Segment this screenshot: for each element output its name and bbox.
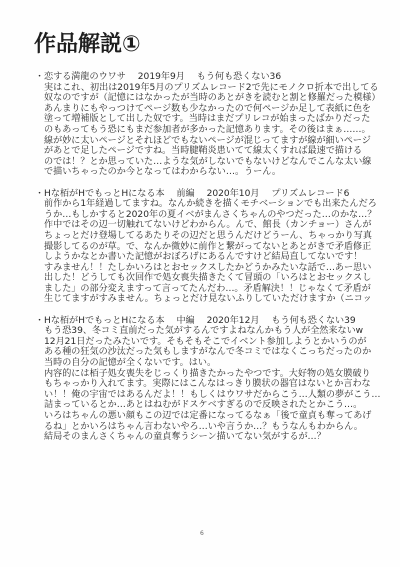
work-title: Hな栢がHでもっとHになる本 [44, 189, 165, 199]
event-name: プリズムレコード6 [271, 189, 349, 199]
commentary-line: いろはちゃんの悪い顔もこの辺では定番になってるなぁ「後で童貞も奪ってあげ [35, 411, 380, 422]
commentary-line: 出した！どうしても次回作で処女喪失描きたくて冒頭の「いろはとおセックスし [35, 273, 380, 284]
afterword-page: 作品解説① ・ 恋する満龍のウワサ 2019年9月 もう何も恐くない36 実はこ… [0, 0, 400, 567]
work-entry-header: ・ Hな栢がHでもっとHになる本 中編 2020年12月 もう何も恐くない39 [35, 316, 380, 327]
commentary-line: 生じてますがすみません。ちょっとだけ見ないふりしていただけますか（ニコッ [35, 294, 380, 305]
event-name: もう何も恐くない36 [197, 72, 281, 82]
release-date: 2020年12月 [207, 316, 260, 326]
commentary-line: のでは！？とか思っていた…ような気がしないでもないけどなんでこんな太い線 [35, 157, 380, 168]
work-title: 恋する満龍のウワサ [44, 72, 126, 82]
commentary-line: 奴なのですが（記憶にはなかったが当時のあとがきを読むと割と修羅だった模様） [35, 93, 380, 104]
commentary-line: しようかなとか書いた記憶がおぼろげにあるんですけど結局直してないです！ [35, 252, 380, 263]
commentary-line: 塗って増補版として出した奴です。当時はまだプリレコが始まったばかりだった [35, 114, 380, 125]
page-number: 6 [200, 530, 204, 538]
work-entry: ・ 恋する満龍のウワサ 2019年9月 もう何も恐くない36 実はこれ、初出は2… [35, 72, 380, 178]
commentary-line: もちゃっかり入れてます。実際にはこんなはっきり膜状の器官はないとか言わな [35, 379, 380, 390]
commentary-line: もう恐39、冬コミ直前だった気がするんですよねなんかもう人が全然来ないw [35, 326, 380, 337]
commentary-line: 当時の自分の記憶が全くないです。はい。 [35, 358, 380, 369]
work-commentary-list: ・ 恋する満龍のウワサ 2019年9月 もう何も恐くない36 実はこれ、初出は2… [35, 72, 380, 453]
commentary-line: ちょっとだけ登場してるあたりその辺だと思うんだけどうーん、ちゃっかり写真 [35, 231, 380, 242]
commentary-line: 前作から1年経過してますね。なんか続きを描くモチベーションでも出来たんだろ [35, 199, 380, 210]
work-entry-header: ・ 恋する満龍のウワサ 2019年9月 もう何も恐くない36 [35, 72, 380, 83]
release-date: 2019年9月 [138, 72, 185, 82]
commentary-line: るね」とかいろはちゃん言わないやろ…いや言うか…？もうなんもわからん。 [35, 422, 380, 433]
release-date: 2020年10月 [207, 189, 260, 199]
commentary-line: 線が妙に太いページとそれほどでもないページが混じってますが線が細いページ [35, 136, 380, 147]
commentary-line: ある種の狂気の沙汰だった気もしますがなんで冬コミではなくこっちだったのか [35, 347, 380, 358]
commentary-line: すみません！！たしかいろはとおセックスしたかどうかみたいな話で…あー思い [35, 263, 380, 274]
commentary-line: のもあってもう恐にもまだ参加者が多かった記憶あります。その後はまぁ……。 [35, 125, 380, 136]
commentary-line: があとで足したページですね。当時腱鞘炎患いてて線太くすれば最速で描ける [35, 146, 380, 157]
work-entry: ・ Hな栢がHでもっとHになる本 中編 2020年12月 もう何も恐くない39 … [35, 316, 380, 443]
commentary-line: 内容的には栢子処女喪失をじっくり描きたかったやつです。大好物の処女膜破り [35, 369, 380, 380]
bullet-icon: ・ [35, 316, 44, 327]
commentary-line: ました」の部分変えますって言ってたんだわ…。矛盾解決！！じゃなくて矛盾が [35, 284, 380, 295]
work-part: 中編 [176, 316, 194, 326]
work-entry-header: ・ Hな栢がHでもっとHになる本 前編 2020年10月 プリズムレコード6 [35, 189, 380, 200]
commentary-line: い！！俺の宇宙ではあるんだよ！！もしくはウワサだからこう…人類の夢がこう… [35, 390, 380, 401]
work-part: 前編 [176, 189, 194, 199]
commentary-line: で描いちゃったのか今となってはわからない…。うーん。 [35, 167, 380, 178]
commentary-line: 作中ではその辺一切触れてないけどわからん。んで、館長（カンチョー）さんが [35, 220, 380, 231]
event-name: もう何も恐くない39 [271, 316, 355, 326]
bullet-icon: ・ [35, 72, 44, 83]
commentary-line: 撮影してるのが草。で、なんか微妙に前作と繋がってないとあとがきで矛盾修正 [35, 242, 380, 253]
commentary-line: あんまりにもやっつけてページ数も少なかったので何ページか足して表紙に色を [35, 104, 380, 115]
bullet-icon: ・ [35, 189, 44, 200]
commentary-line: 結局そのまんさくちゃんの童貞奪うシーン描いてない気がするが…？ [35, 432, 380, 443]
work-entry: ・ Hな栢がHでもっとHになる本 前編 2020年10月 プリズムレコード6 前… [35, 189, 380, 306]
page-title: 作品解説① [34, 31, 141, 59]
commentary-line: 詰まっているとか…あとはねむがドスケベすぎるので反映されたとかこう…。 [35, 400, 380, 411]
commentary-line: 12月21日だったみたいです。そもそもそこでイベント参加しようとかいうのが [35, 337, 380, 348]
commentary-line: うか…もしかすると2020年の夏イベがまんさくちゃんのやつだった…のかな…？ [35, 210, 380, 221]
work-title: Hな栢がHでもっとHになる本 [44, 316, 165, 326]
commentary-line: 実はこれ、初出は2019年5月のプリズムレコード2で先にモノクロ折本で出してる [35, 83, 380, 94]
